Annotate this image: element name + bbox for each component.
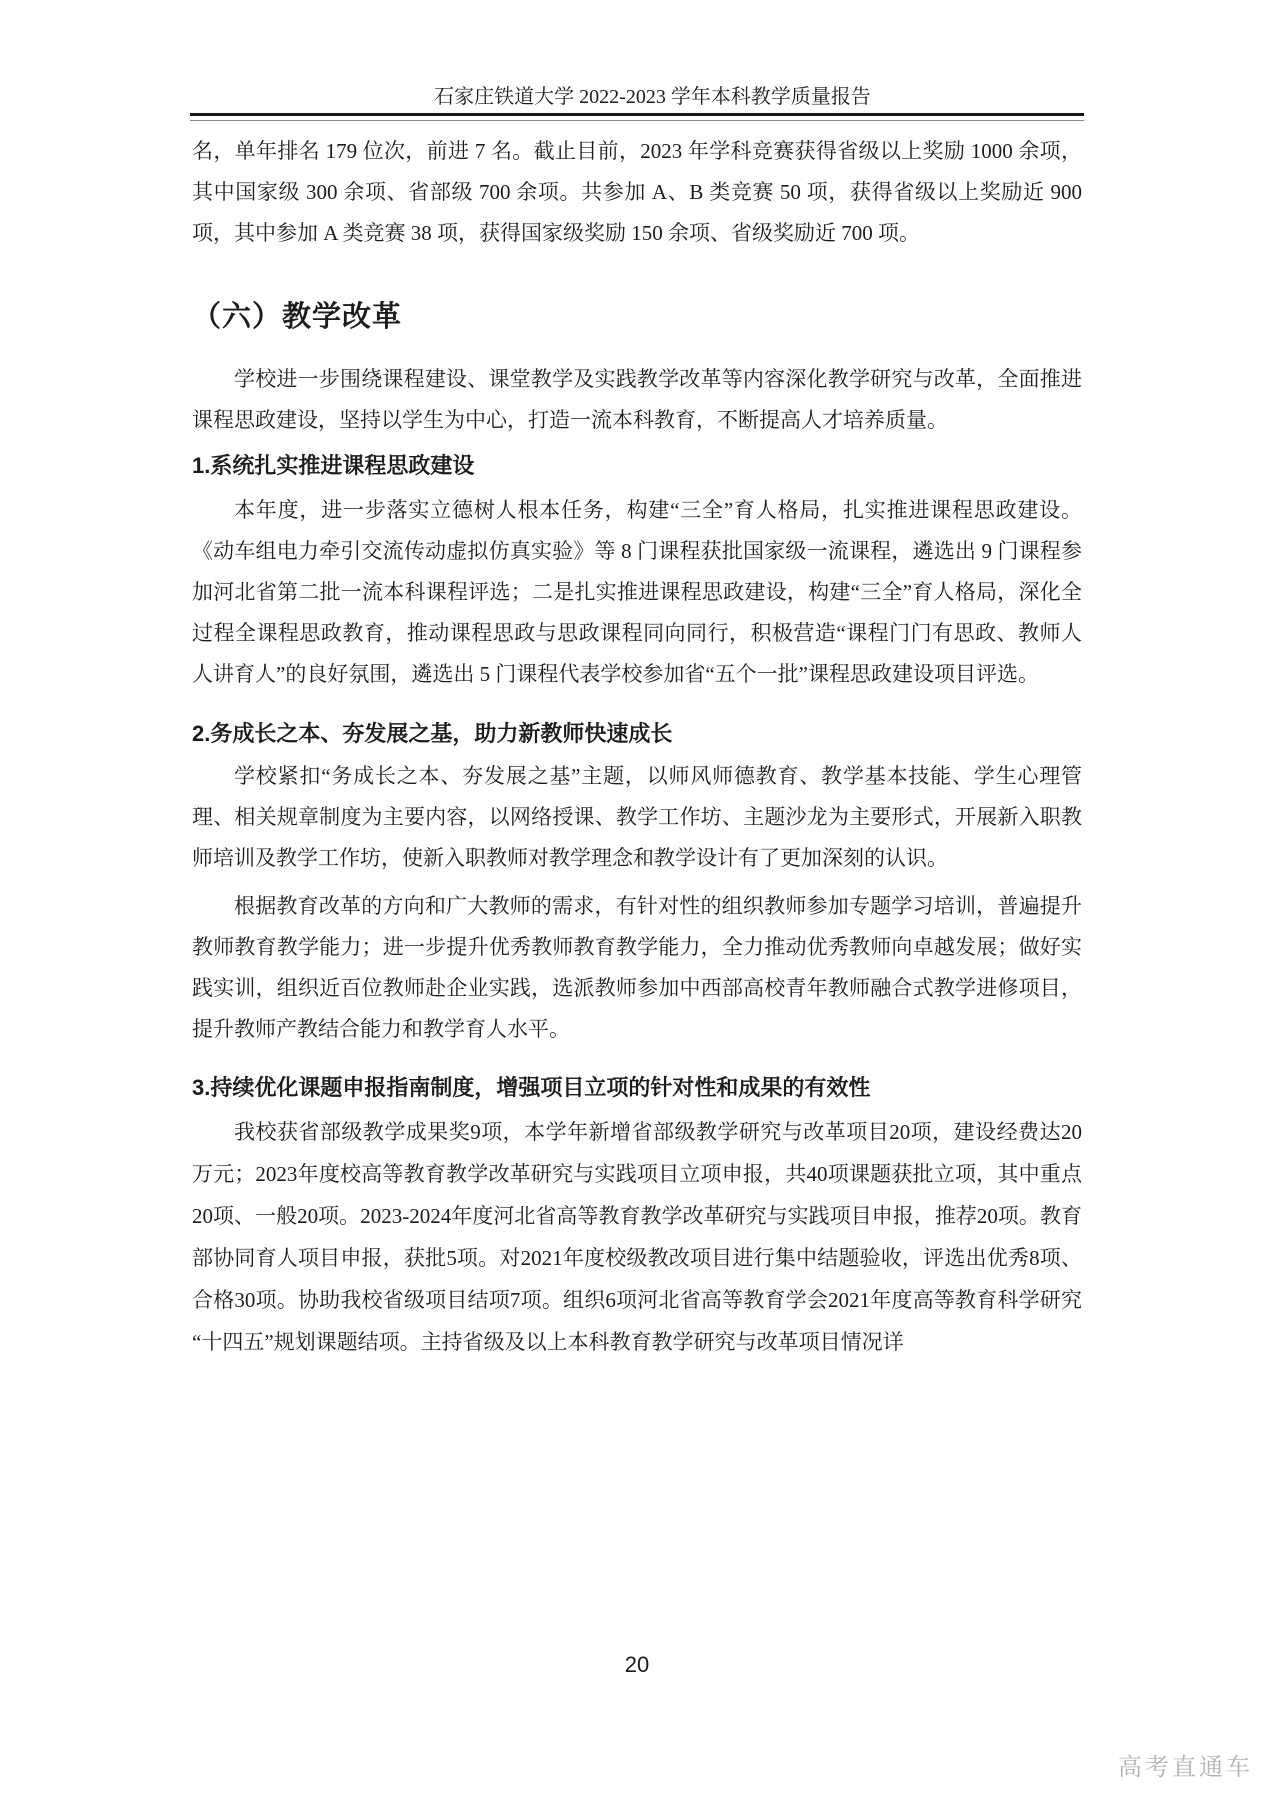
continuation-paragraph: 名，单年排名 179 位次，前进 7 名。截止目前，2023 年学科竞赛获得省级…	[192, 131, 1082, 254]
subsection-1-paragraph: 本年度，进一步落实立德树人根本任务，构建“三全”育人格局，扎实推进课程思政建设。…	[192, 490, 1082, 695]
watermark-label: 高考直通车	[1118, 1754, 1253, 1782]
subsection-3-paragraph: 我校获省部级教学成果奖9项，本学年新增省部级教学研究与改革项目20项，建设经费达…	[192, 1111, 1082, 1363]
page-number: 20	[192, 1652, 1082, 1678]
report-page: { "page": { "header_title": "石家庄铁道大学 202…	[0, 0, 1280, 1810]
document-body: 名，单年排名 179 位次，前进 7 名。截止目前，2023 年学科竞赛获得省级…	[192, 131, 1082, 1363]
header-divider-rule	[190, 113, 1084, 121]
subsection-3-heading: 3.持续优化课题申报指南制度，增强项目立项的针对性和成果的有效性	[192, 1067, 1082, 1108]
subsection-2-heading: 2.务成长之本、夯发展之基，助力新教师快速成长	[192, 713, 1082, 754]
subsection-2-paragraph-1: 学校紧扣“务成长之本、夯发展之基”主题，以师风师德教育、教学基本技能、学生心理管…	[192, 756, 1082, 879]
report-header-title: 石家庄铁道大学 2022-2023 学年本科教学质量报告	[200, 84, 1105, 110]
section-heading: （六）教学改革	[192, 295, 1082, 339]
subsection-2-paragraph-2: 根据教育改革的方向和广大教师的需求，有针对性的组织教师参加专题学习培训，普遍提升…	[192, 886, 1082, 1050]
subsection-1-heading: 1.系统扎实推进课程思政建设	[192, 445, 1082, 486]
section-intro-paragraph: 学校进一步围绕课程建设、课堂教学及实践教学改革等内容深化教学研究与改革，全面推进…	[192, 359, 1082, 441]
